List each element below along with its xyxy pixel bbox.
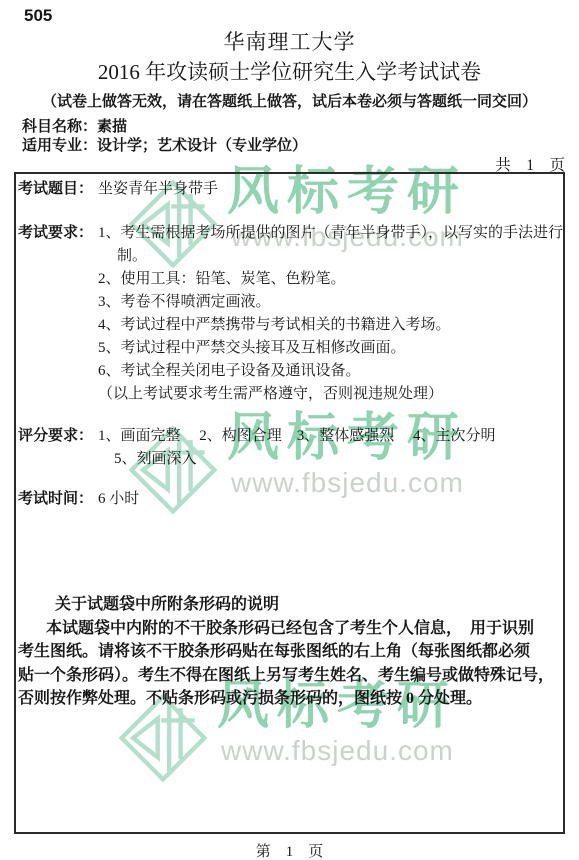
requirement-item: 4、考试过程中严禁携带与考试相关的书籍进入考场。 [98, 314, 565, 337]
exam-requirements-label: 考试要求： [18, 222, 98, 245]
paper-code: 505 [24, 6, 52, 26]
subject-line: 科目名称：素描 [22, 118, 127, 137]
barcode-line: 本试题袋中内附的不干胶条形码已经包含了考生个人信息， 用于识别 [18, 617, 563, 641]
grading-item-line: 5、刻画深入 [114, 448, 563, 471]
requirement-item: 6、考试全程关闭电子设备及通讯设备。 [98, 360, 565, 383]
exam-requirements-row: 考试要求： 1、考生需根据考场所提供的图片（青年半身带手），以写实的手法进行绘 … [18, 222, 563, 406]
document-content: 505 华南理工大学 2016 年攻读硕士学位研究生入学考试试卷 （试卷上做答无… [0, 0, 579, 860]
requirement-note: （以上考试要求考生需严格遵守，否则视违规处理） [98, 383, 565, 406]
grading-item-line: 1、画面完整 2、构图合理 3、整体感强烈 4、主次分明 [98, 425, 563, 448]
requirement-item-continuation: 制。 [117, 245, 565, 268]
major-label: 适用专业： [22, 138, 97, 154]
barcode-line: 考生图纸。请将该不干胶条形码贴在每张图纸的右上角（每张图纸都必须 [18, 640, 563, 664]
grading-label: 评分要求： [18, 425, 98, 448]
grading-row: 评分要求： 1、画面完整 2、构图合理 3、整体感强烈 4、主次分明 5、刻画深… [18, 425, 563, 471]
exam-body-box: 考试题目： 坐姿青年半身带手 考试要求： 1、考生需根据考场所提供的图片（青年半… [14, 172, 565, 834]
requirement-item: 3、考卷不得喷洒定画液。 [98, 291, 565, 314]
page-number-footer: 第 1 页 [0, 840, 579, 860]
exam-requirements-list: 1、考生需根据考场所提供的图片（青年半身带手），以写实的手法进行绘 制。 2、使… [98, 222, 565, 406]
exam-paper-page: 风标考研 www.fbsjedu.com 风标考研 www.fbsjedu.co… [0, 0, 579, 860]
requirement-item: 5、考试过程中严禁交头接耳及互相修改画面。 [98, 337, 565, 360]
duration-value: 6 小时 [98, 488, 563, 511]
barcode-line: 贴一个条形码）。考生不得在图纸上另写考生姓名、考生编号或做特殊记号， [18, 664, 563, 688]
requirement-item: 2、使用工具：铅笔、炭笔、色粉笔。 [98, 268, 565, 291]
grading-list: 1、画面完整 2、构图合理 3、整体感强烈 4、主次分明 5、刻画深入 [98, 425, 563, 471]
requirement-item: 1、考生需根据考场所提供的图片（青年半身带手），以写实的手法进行绘 [98, 222, 565, 245]
exam-topic-value: 坐姿青年半身带手 [98, 178, 563, 201]
major-value: 设计学；艺术设计（专业学位） [97, 138, 307, 154]
university-name: 华南理工大学 [0, 29, 579, 55]
duration-label: 考试时间： [18, 488, 98, 511]
major-line: 适用专业：设计学；艺术设计（专业学位） [22, 137, 307, 156]
barcode-instructions: 关于试题袋中所附条形码的说明 本试题袋中内附的不干胶条形码已经包含了考生个人信息… [18, 593, 563, 711]
answer-sheet-notice: （试卷上做答无效，请在答题纸上做答，试后本卷必须与答题纸一同交回） [0, 92, 579, 112]
subject-label: 科目名称： [22, 119, 97, 135]
duration-row: 考试时间： 6 小时 [18, 488, 563, 511]
exam-title: 2016 年攻读硕士学位研究生入学考试试卷 [0, 57, 579, 87]
exam-topic-label: 考试题目： [18, 178, 98, 201]
exam-topic-row: 考试题目： 坐姿青年半身带手 [18, 178, 563, 201]
subject-value: 素描 [97, 119, 127, 135]
barcode-heading: 关于试题袋中所附条形码的说明 [18, 593, 563, 617]
barcode-line: 否则按作弊处理。不贴条形码或污损条形码的，图纸按 0 分处理。 [18, 687, 563, 711]
